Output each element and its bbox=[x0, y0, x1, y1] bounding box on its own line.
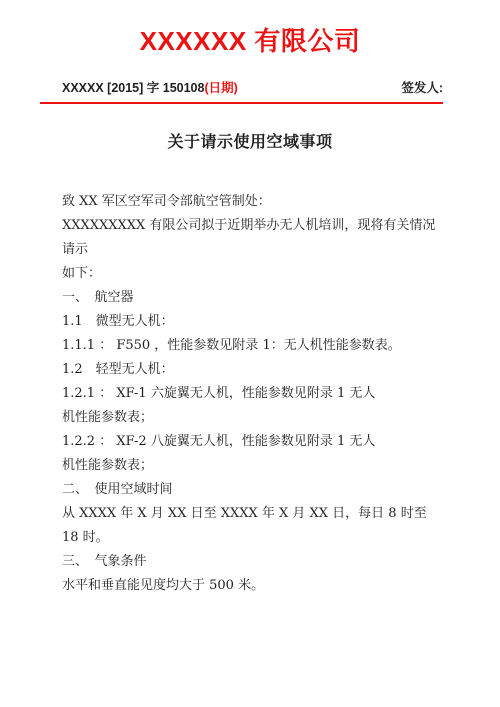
intro-line: XXXXXXXXX 有限公司拟于近期举办无人机培训，现将有关情况请示 bbox=[62, 214, 443, 262]
company-title: XXXXXX 有限公司 bbox=[0, 26, 500, 56]
item-1-1-1: 1.1.1 ： F550 ，性能参数见附录 1：无人机性能参数表。 bbox=[62, 334, 443, 358]
document-body: 致 XX 军区空军司令部航空管制处： XXXXXXXXX 有限公司拟于近期举办无… bbox=[62, 190, 443, 598]
signer-label: 签发人: bbox=[401, 78, 443, 96]
document-page: XXXXXX 有限公司 XXXXX [2015] 字 150108(日期) 签发… bbox=[0, 0, 500, 707]
reference-date-placeholder: (日期) bbox=[204, 81, 237, 95]
reference-number: XXXXX [2015] 字 150108(日期) bbox=[62, 78, 238, 96]
item-1-2-1: 1.2.1 ： XF-1 六旋翼无人机，性能参数见附录 1 无人 bbox=[62, 382, 443, 406]
section-2-heading: 二、 使用空域时间 bbox=[62, 478, 443, 502]
item-1-1: 1.1 微型无人机： bbox=[62, 310, 443, 334]
section-2-line: 从 XXXX 年 X 月 XX 日至 XXXX 年 X 月 XX 日，每日 8 … bbox=[62, 502, 443, 550]
item-1-2-2: 1.2.2 ： XF-2 八旋翼无人机，性能参数见附录 1 无人 bbox=[62, 430, 443, 454]
section-3-heading: 三、 气象条件 bbox=[62, 550, 443, 574]
document-title: 关于请示使用空域事项 bbox=[0, 132, 500, 152]
item-1-2-1-continuation: 机性能参数表； bbox=[62, 406, 443, 430]
salutation-line: 致 XX 军区空军司令部航空管制处： bbox=[62, 190, 443, 214]
section-1-heading: 一、 航空器 bbox=[62, 286, 443, 310]
item-1-2: 1.2 轻型无人机： bbox=[62, 358, 443, 382]
reference-row: XXXXX [2015] 字 150108(日期) 签发人: bbox=[62, 78, 443, 96]
item-1-2-2-continuation: 机性能参数表； bbox=[62, 454, 443, 478]
reference-number-text: XXXXX [2015] 字 150108 bbox=[62, 81, 204, 95]
section-3-line: 水平和垂直能见度均大于 500 米。 bbox=[62, 574, 443, 598]
intro-continuation: 如下： bbox=[62, 262, 443, 286]
red-divider-rule bbox=[40, 102, 443, 104]
